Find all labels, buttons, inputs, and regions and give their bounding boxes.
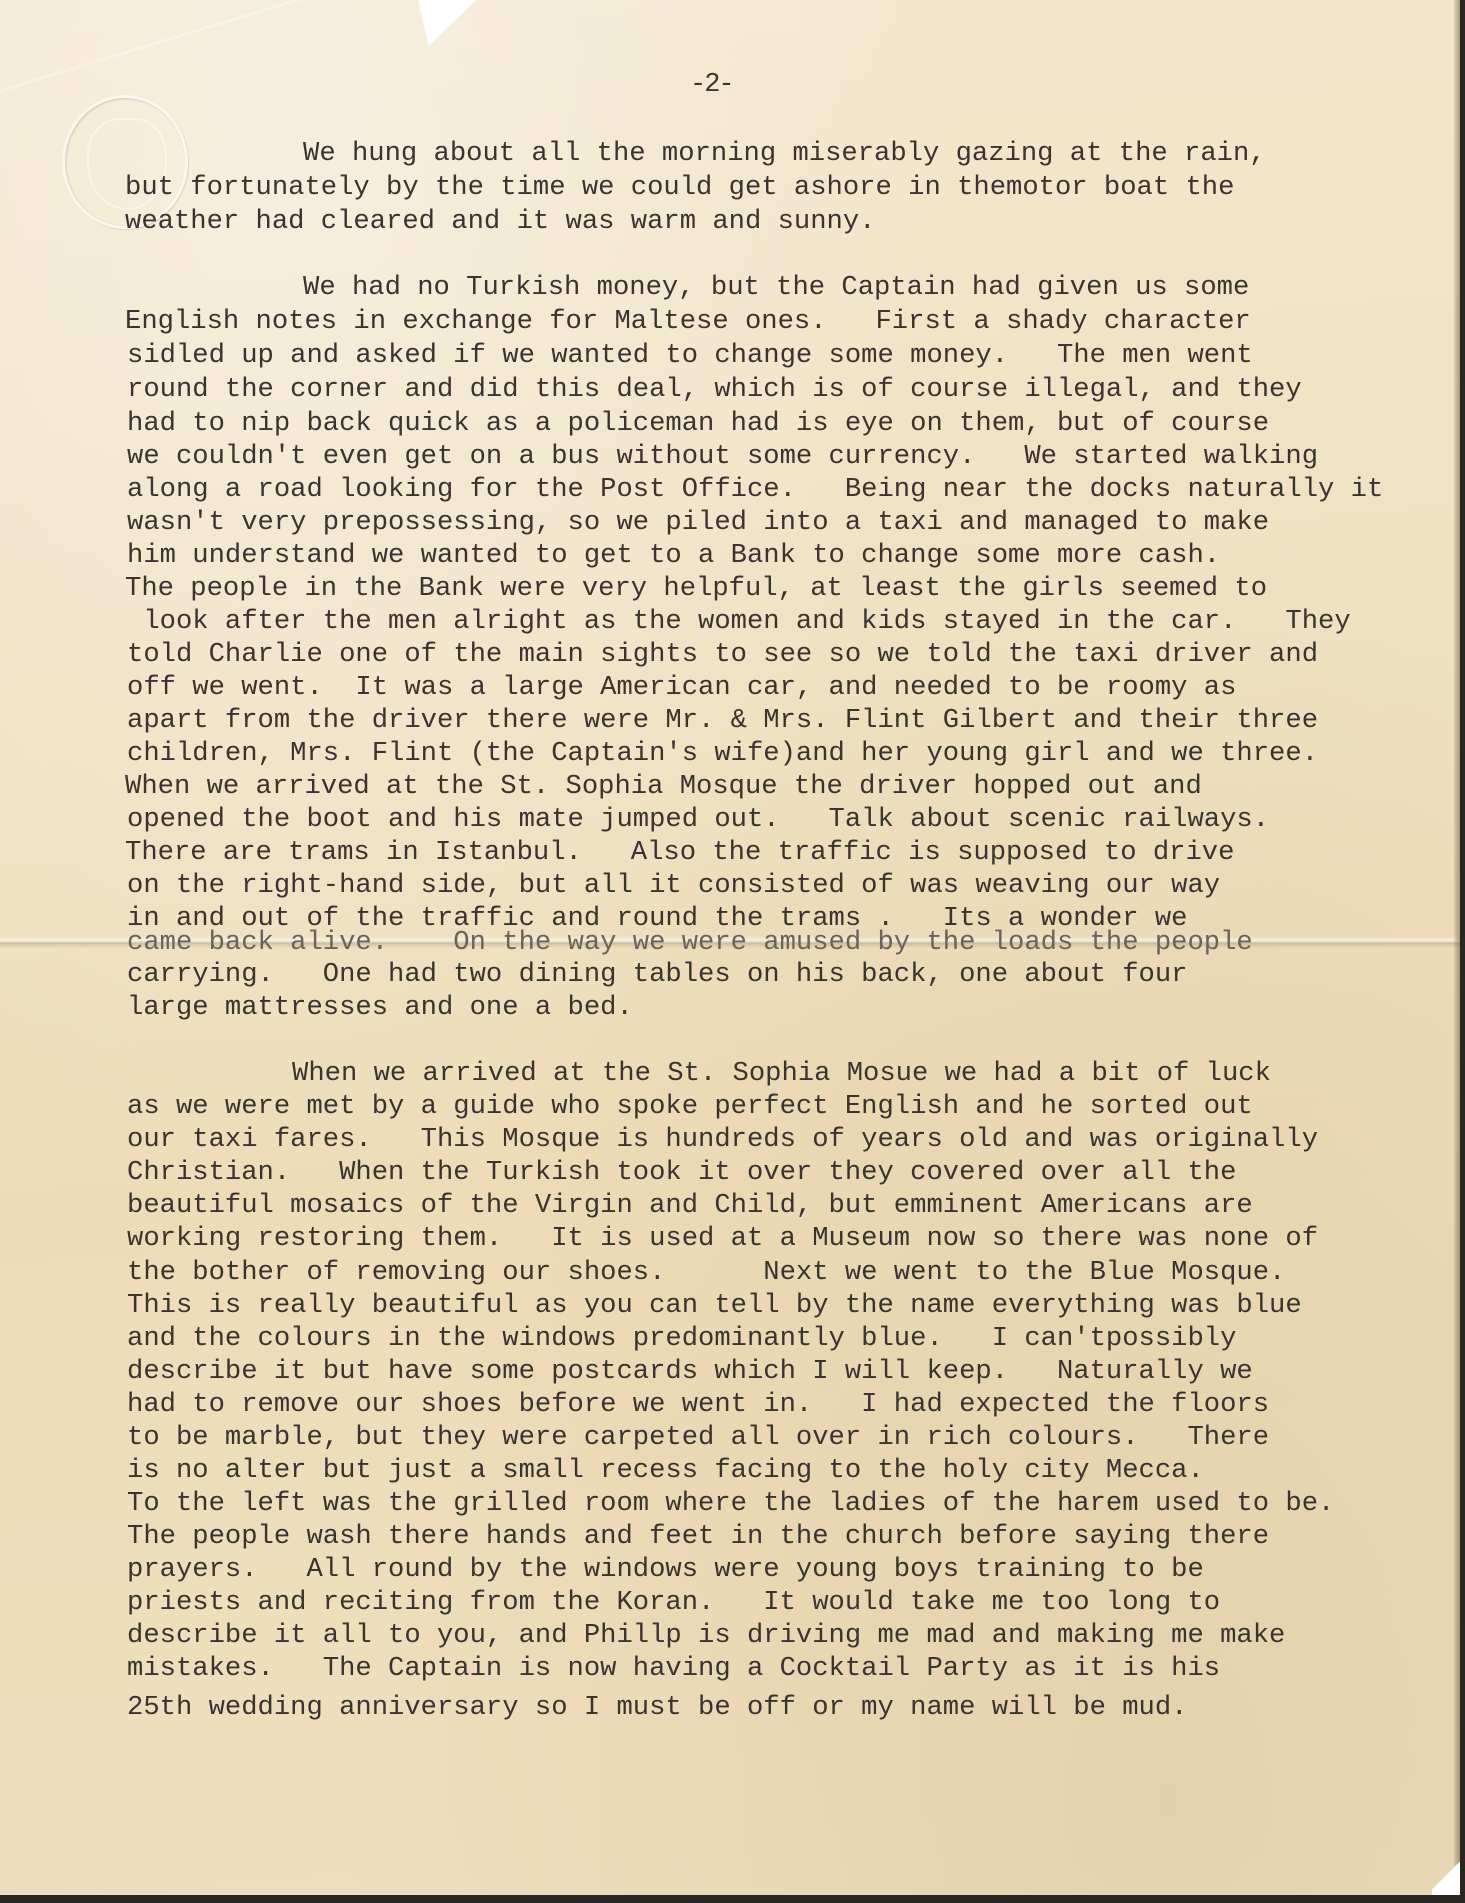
folded-corner [1432,1855,1460,1895]
text-line: This is really beautiful as you can tell… [127,1290,1302,1322]
text-line: we couldn't even get on a bus without so… [127,441,1318,473]
text-line: off we went. It was a large American car… [127,672,1236,704]
text-line: large mattresses and one a bed. [127,992,633,1024]
text-line: The people wash there hands and feet in … [127,1521,1269,1553]
text-line: on the right-hand side, but all it consi… [127,870,1220,902]
text-line: beautiful mosaics of the Virgin and Chil… [127,1190,1253,1222]
text-line: wasn't very prepossessing, so we piled i… [127,507,1269,539]
text-line: There are trams in Istanbul. Also the tr… [125,837,1234,869]
text-line: We had no Turkish money, but the Captain… [303,272,1249,304]
text-line: had to nip back quick as a policeman had… [127,408,1269,440]
text-line: look after the men alright as the women … [127,606,1351,638]
text-line: describe it but have some postcards whic… [127,1356,1253,1388]
text-line: apart from the driver there were Mr. & M… [127,705,1318,737]
text-line: but fortunately by the time we could get… [125,172,1234,204]
text-line: When we arrived at the St. Sophia Mosue … [292,1058,1271,1090]
text-line: mistakes. The Captain is now having a Co… [127,1653,1220,1685]
text-line: children, Mrs. Flint (the Captain's wife… [127,738,1318,770]
text-line: opened the boot and his mate jumped out.… [127,804,1269,836]
text-line: had to remove our shoes before we went i… [127,1389,1269,1421]
text-line: prayers. All round by the windows were y… [127,1554,1204,1586]
text-line: The people in the Bank were very helpful… [125,573,1267,605]
text-line: carrying. One had two dining tables on h… [127,959,1188,991]
text-line: To the left was the grilled room where t… [127,1488,1334,1520]
text-line: 25th wedding anniversary so I must be of… [127,1692,1188,1724]
text-line: as we were met by a guide who spoke perf… [127,1091,1253,1123]
text-line: him understand we wanted to get to a Ban… [127,540,1220,572]
text-line: working restoring them. It is used at a … [127,1223,1318,1255]
text-line: told Charlie one of the main sights to s… [127,639,1318,671]
text-line: the bother of removing our shoes. Next w… [127,1257,1285,1289]
text-line: weather had cleared and it was warm and … [125,206,876,238]
text-line: Christian. When the Turkish took it over… [127,1157,1236,1189]
text-line: round the corner and did this deal, whic… [127,374,1302,406]
text-line: We hung about all the morning miserably … [303,138,1266,170]
text-line-on-crease: came back alive. On the way we were amus… [127,927,1253,959]
text-line: sidled up and asked if we wanted to chan… [127,340,1253,372]
text-line: priests and reciting from the Koran. It … [127,1587,1220,1619]
text-line: our taxi fares. This Mosque is hundreds … [127,1124,1318,1156]
text-line: along a road looking for the Post Office… [127,474,1383,506]
text-line: to be marble, but they were carpeted all… [127,1422,1269,1454]
text-line: is no alter but just a small recess faci… [127,1455,1204,1487]
text-line: When we arrived at the St. Sophia Mosque… [125,771,1202,803]
text-line: describe it all to you, and Phillp is dr… [127,1620,1285,1652]
text-line: and the colours in the windows predomina… [127,1323,1236,1355]
text-line: English notes in exchange for Maltese on… [125,306,1251,338]
typed-body: We hung about all the morning miserably … [0,0,1460,1643]
letter-page: -2- We hung about all the morning misera… [0,0,1460,1895]
